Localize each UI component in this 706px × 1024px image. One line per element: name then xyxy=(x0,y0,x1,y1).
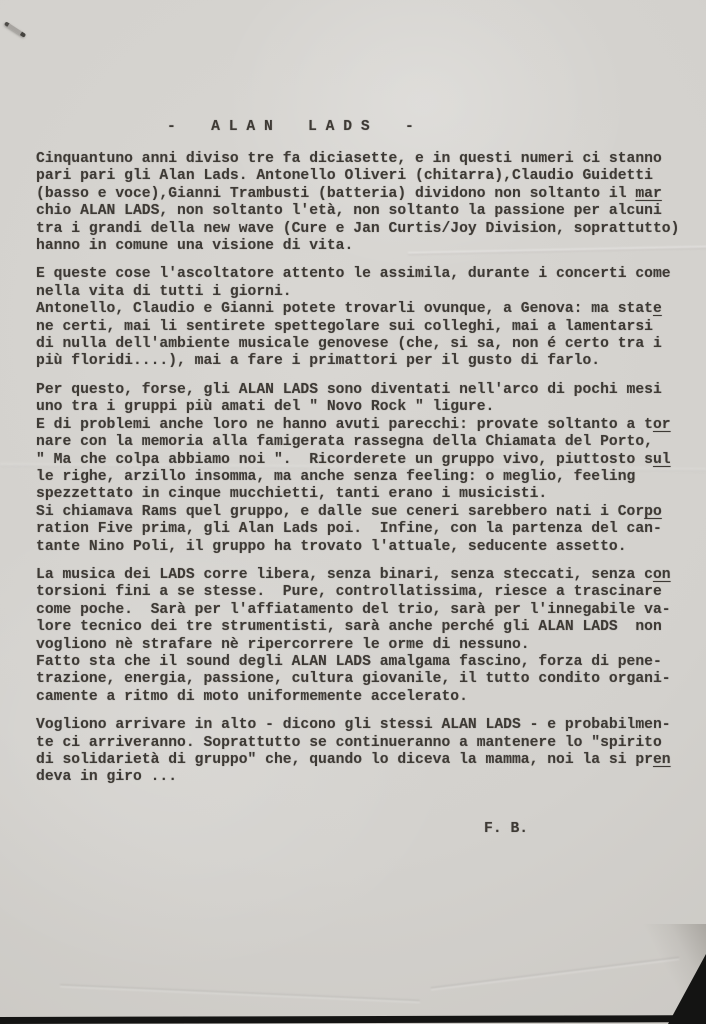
text-line: di nulla dell'ambiente musicale genovese… xyxy=(36,336,700,353)
word-break-underline: mar xyxy=(635,186,661,202)
document-title: - A L A N L A D S - xyxy=(167,119,414,135)
document-body: Cinquantuno anni diviso tre fa diciasett… xyxy=(36,151,700,798)
staple-mark xyxy=(4,21,26,37)
text-line: Fatto sta che il sound degli ALAN LADS a… xyxy=(36,654,700,671)
text-line: ration Five prima, gli Alan Lads poi. In… xyxy=(36,521,700,538)
text-line: trazione, energia, passione, cultura gio… xyxy=(36,671,700,688)
text-line: camente a ritmo di moto uniformemente ac… xyxy=(36,689,700,706)
paragraph-closing: Vogliono arrivare in alto - dicono gli s… xyxy=(36,717,700,787)
text-line: spezzettato in cinque mucchietti, tanti … xyxy=(36,486,700,503)
text-line: nella vita di tutti i giorni. xyxy=(36,284,700,301)
paragraph-history: Per questo, forse, gli ALAN LADS sono di… xyxy=(36,382,700,556)
text-line: tra i grandi della new wave (Cure e Jan … xyxy=(36,221,700,238)
word-break-underline: po xyxy=(644,504,662,520)
paper-crease xyxy=(60,984,420,1003)
text-line: (basso e voce),Gianni Trambusti (batteri… xyxy=(36,186,700,203)
paragraph-listener: E queste cose l'ascoltatore attento le a… xyxy=(36,266,700,370)
text-line: le righe, arzillo insomma, ma anche senz… xyxy=(36,469,700,486)
word-break-underline: e xyxy=(653,301,662,317)
text-line: te ci arriveranno. Soprattutto se contin… xyxy=(36,735,700,752)
text-line: torsioni fini a se stesse. Pure, control… xyxy=(36,584,700,601)
text-line: E di problemi anche loro ne hanno avuti … xyxy=(36,417,700,434)
text-line: di solidarietà di gruppo" che, quando lo… xyxy=(36,752,700,769)
text-line: Antonello, Claudio e Gianni potete trova… xyxy=(36,301,700,318)
text-line: hanno in comune una visione di vita. xyxy=(36,238,700,255)
author-initials: F. B. xyxy=(484,821,528,837)
text-line: come poche. Sarà per l'affiatamento del … xyxy=(36,602,700,619)
text-line: La musica dei LADS corre libera, senza b… xyxy=(36,567,700,584)
text-line: " Ma che colpa abbiamo noi ". Ricorderet… xyxy=(36,452,700,469)
text-line: chio ALAN LADS, non soltanto l'età, non … xyxy=(36,203,700,220)
text-line: ne certi, mai li sentirete spettegolare … xyxy=(36,319,700,336)
text-line: vogliono nè strafare nè ripercorrere le … xyxy=(36,637,700,654)
paragraph-music: La musica dei LADS corre libera, senza b… xyxy=(36,567,700,706)
scan-bed-bottom-edge xyxy=(0,1015,706,1024)
text-line: lore tecnico dei tre strumentisti, sarà … xyxy=(36,619,700,636)
word-break-underline: on xyxy=(653,567,671,583)
text-line: uno tra i gruppi più amati del " Novo Ro… xyxy=(36,399,700,416)
text-line: Si chiamava Rams quel gruppo, e dalle su… xyxy=(36,504,700,521)
word-break-underline: or xyxy=(653,417,671,433)
text-line: nare con la memoria alla famigerata rass… xyxy=(36,434,700,451)
text-line: E queste cose l'ascoltatore attento le a… xyxy=(36,266,700,283)
text-line: più floridi....), mai a fare i primattor… xyxy=(36,353,700,370)
text-line: Cinquantuno anni diviso tre fa diciasett… xyxy=(36,151,700,168)
text-line: tante Nino Poli, il gruppo ha trovato l'… xyxy=(36,539,700,556)
text-line: Per questo, forse, gli ALAN LADS sono di… xyxy=(36,382,700,399)
text-line: pari pari gli Alan Lads. Antonello Olive… xyxy=(36,168,700,185)
text-line: Vogliono arrivare in alto - dicono gli s… xyxy=(36,717,700,734)
word-break-underline: en xyxy=(653,752,671,768)
text-line: deva in giro ... xyxy=(36,769,700,786)
word-break-underline: ul xyxy=(653,452,671,468)
paragraph-intro: Cinquantuno anni diviso tre fa diciasett… xyxy=(36,151,700,255)
scanned-typewritten-page: - A L A N L A D S - Cinquantuno anni div… xyxy=(0,0,706,1024)
